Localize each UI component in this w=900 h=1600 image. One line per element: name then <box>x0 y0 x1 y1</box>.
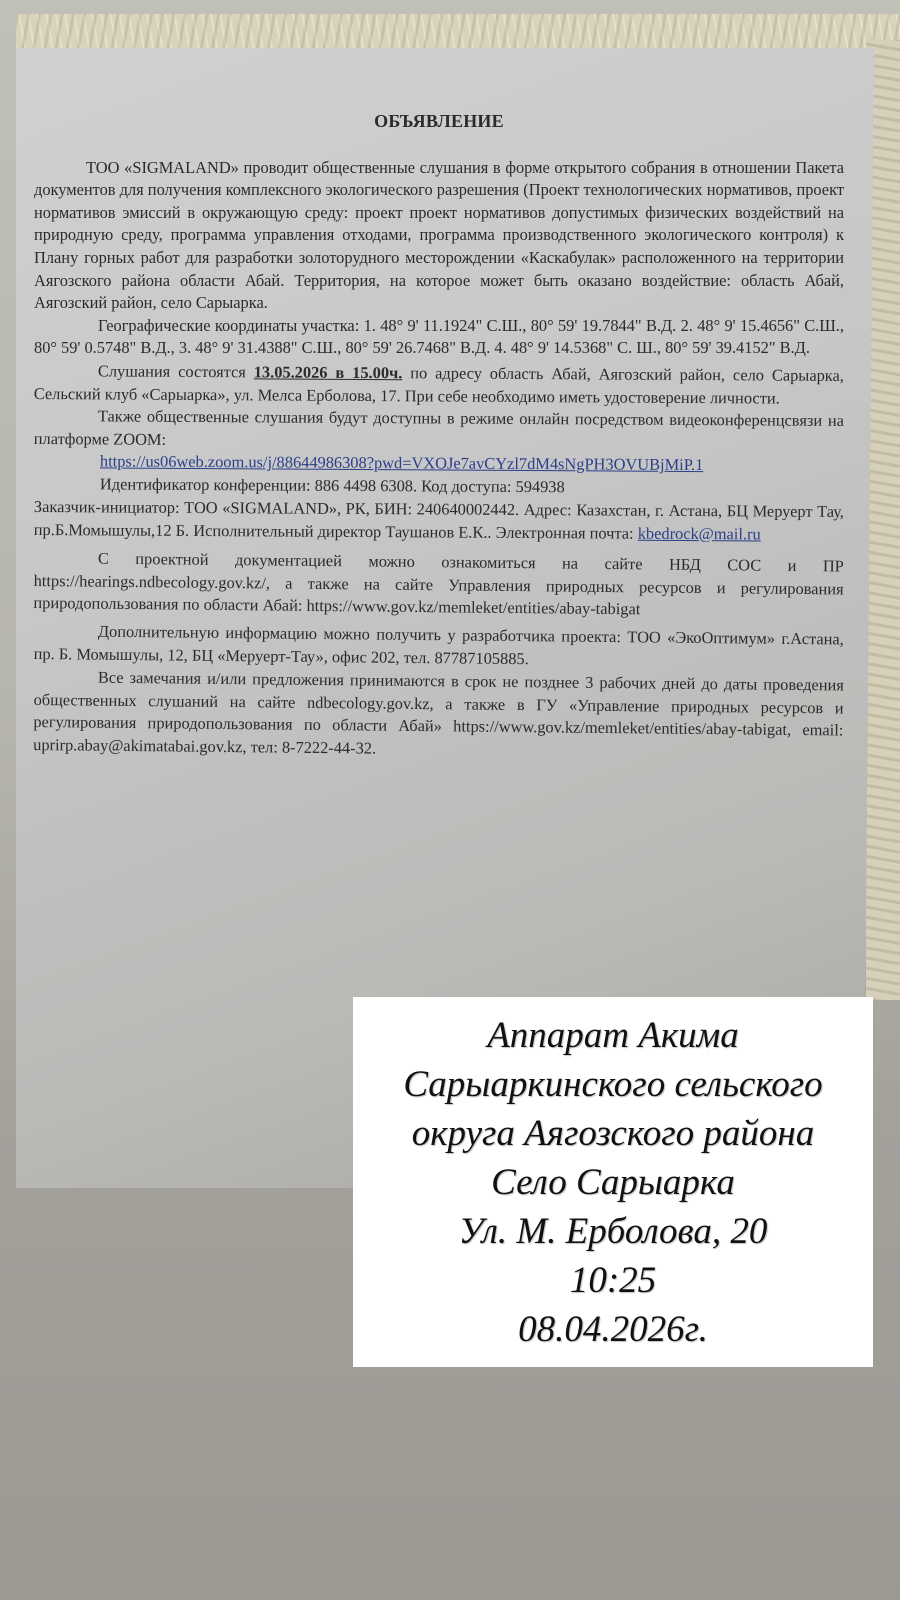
caption-line-region: округа Аягозского района <box>412 1109 814 1158</box>
customer-paragraph: Заказчик-инициатор: ТОО «SIGMALAND», РК,… <box>34 496 844 546</box>
hearing-datetime: 13.05.2026 в 15.00ч. <box>254 362 403 382</box>
announcement-document: ОБЪЯВЛЕНИЕ ТОО «SIGMALAND» проводит обще… <box>34 110 844 756</box>
caption-line-date: 08.04.2026г. <box>518 1305 708 1354</box>
caption-line-district: Сарыаркинского сельского <box>403 1060 822 1109</box>
remarks-paragraph: Все замечания и/или предложения принимаю… <box>33 666 844 765</box>
caption-line-street: Ул. М. Ерболова, 20 <box>459 1207 768 1256</box>
developer-paragraph: Дополнительную информацию можно получить… <box>34 620 844 674</box>
caption-line-office: Аппарат Акима <box>487 1011 739 1060</box>
hearing-prefix: Слушания состоятся <box>98 361 254 381</box>
caption-line-village: Село Сарыарка <box>491 1158 735 1207</box>
coordinates-paragraph: Географические координаты участка: 1. 48… <box>34 315 844 360</box>
online-paragraph: Также общественные слушания будут доступ… <box>34 405 844 455</box>
hearing-paragraph: Слушания состоятся 13.05.2026 в 15.00ч. … <box>34 360 844 410</box>
customer-email-link[interactable]: kbedrock@mail.ru <box>638 523 761 543</box>
caption-line-time: 10:25 <box>570 1256 656 1305</box>
zoom-link[interactable]: https://us06web.zoom.us/j/88644986308?pw… <box>100 452 704 475</box>
intro-paragraph: ТОО «SIGMALAND» проводит общественные сл… <box>34 157 844 315</box>
documentation-paragraph: С проектной документацией можно ознакоми… <box>33 547 844 623</box>
location-caption-box: Аппарат Акима Сарыаркинского сельского о… <box>353 997 873 1367</box>
document-title: ОБЪЯВЛЕНИЕ <box>34 110 844 133</box>
